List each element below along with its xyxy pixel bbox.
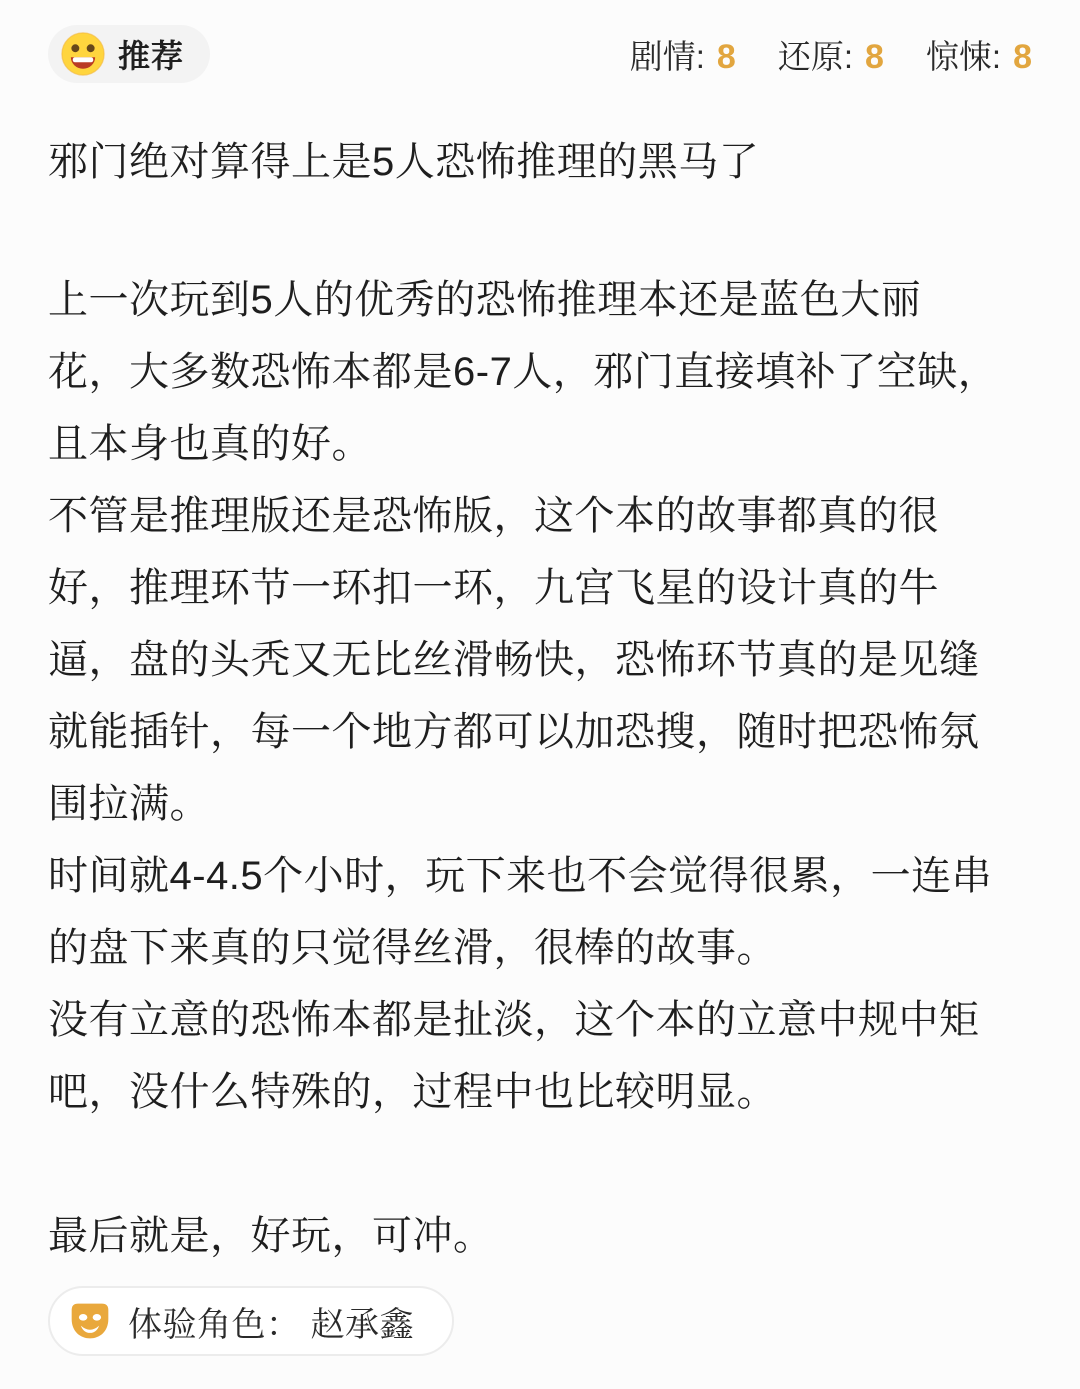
review-paragraph: 上一次玩到5人的优秀的恐怖推理本还是蓝色大丽花，大多数恐怖本都是6-7人，邪门直…: [48, 264, 1000, 480]
played-role-chip[interactable]: 体验角色： 赵承鑫: [48, 1286, 454, 1356]
review-paragraph: 没有立意的恐怖本都是扯淡，这个本的立意中规中矩吧，没什么特殊的，过程中也比较明显…: [48, 984, 1000, 1128]
review-title: 邪门绝对算得上是5人恐怖推理的黑马了: [48, 126, 1032, 198]
review-card: 推荐 剧情: 8 还原: 8 惊悚: 8 邪门绝对算得上是5人恐怖推理的黑马了 …: [0, 0, 1080, 1389]
played-role-label: 体验角色： 赵承鑫: [128, 1297, 414, 1346]
score-list: 剧情: 8 还原: 8 惊悚: 8: [630, 31, 1032, 78]
review-header: 推荐 剧情: 8 还原: 8 惊悚: 8: [48, 24, 1032, 84]
review-paragraph: 时间就4-4.5个小时，玩下来也不会觉得很累，一连串的盘下来真的只觉得丝滑，很棒…: [48, 840, 1000, 984]
score-restore-value: 8: [865, 38, 884, 77]
score-horror-value: 8: [1013, 38, 1032, 77]
recommend-badge[interactable]: 推荐: [48, 25, 210, 83]
review-paragraph: 不管是推理版还是恐怖版，这个本的故事都真的很好，推理环节一环扣一环，九宫飞星的设…: [48, 480, 1000, 840]
theater-mask-icon: [68, 1299, 112, 1343]
recommend-badge-label: 推荐: [118, 31, 184, 77]
score-plot-label: 剧情:: [630, 31, 705, 78]
score-plot: 剧情: 8: [630, 31, 736, 78]
smiley-face-emoji-icon: [60, 31, 106, 77]
score-horror: 惊悚: 8: [926, 31, 1032, 78]
score-restore: 还原: 8: [778, 31, 884, 78]
score-plot-value: 8: [717, 38, 736, 77]
review-body: 上一次玩到5人的优秀的恐怖推理本还是蓝色大丽花，大多数恐怖本都是6-7人，邪门直…: [48, 264, 1000, 1272]
review-paragraph-final: 最后就是，好玩，可冲。: [48, 1200, 1000, 1272]
score-restore-label: 还原:: [778, 31, 853, 78]
score-horror-label: 惊悚:: [926, 31, 1001, 78]
